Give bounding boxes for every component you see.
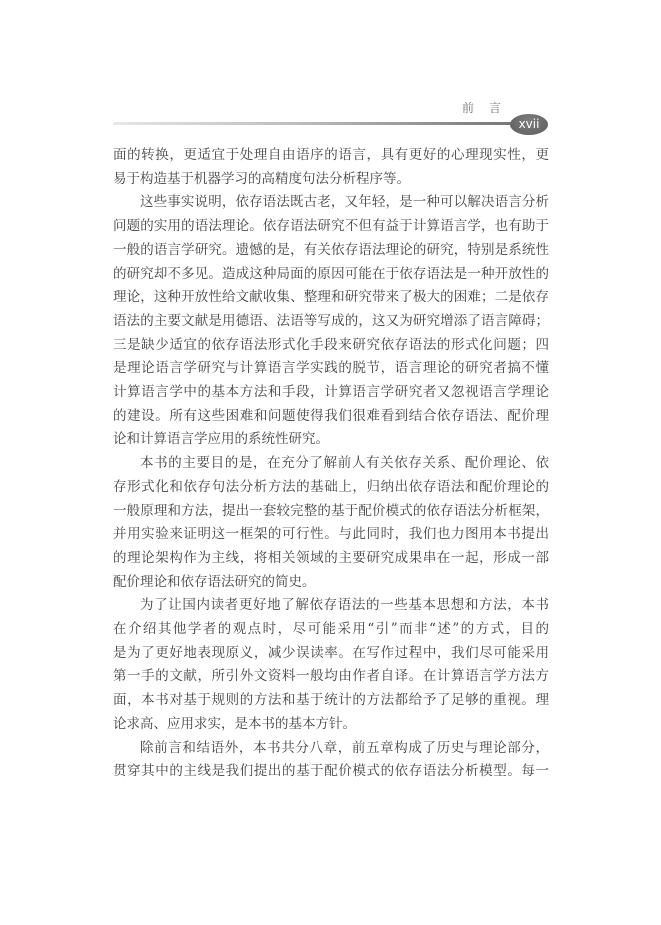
text-line: 除前言和结语外，本书共分八章，前五章构成了历史与理论部分， bbox=[113, 737, 549, 761]
text-line: 第一手的文献，所引外文资料一般均由作者自译。在计算语言学方法方 bbox=[113, 665, 549, 689]
text-line: 的理论架构作为主线，将相关领域的主要研究成果串在一起，形成一部 bbox=[113, 547, 549, 571]
text-line: 本书的主要目的是，在充分了解前人有关依存关系、配价理论、依 bbox=[113, 452, 549, 476]
text-line: 问题的实用的语法理论。依存语法研究不但有益于计算语言学，也有助于 bbox=[113, 215, 549, 239]
text-line: 论求高、应用求实，是本书的基本方针。 bbox=[113, 713, 549, 737]
book-page: 前言 xvii 面的转换，更适宜于处理自由语序的语言，具有更好的心理现实性，更易… bbox=[0, 0, 661, 925]
text-line: 面，本书对基于规则的方法和基于统计的方法都给予了足够的重视。理 bbox=[113, 689, 549, 713]
text-line: 三是缺少适宜的依存语法形式化手段来研究依存语法的形式化问题；四 bbox=[113, 334, 549, 358]
text-line: 为了让国内读者更好地了解依存语法的一些基本思想和方法，本书 bbox=[113, 594, 549, 618]
text-line: 贯穿其中的主线是我们提出的基于配价模式的依存语法分析模型。每一 bbox=[113, 760, 549, 784]
text-line: 是理论语言学研究与计算语言学实践的脱节，语言理论的研究者搞不懂 bbox=[113, 357, 549, 381]
text-line: 计算语言学中的基本方法和手段，计算语言学研究者又忽视语言学理论 bbox=[113, 381, 549, 405]
text-line: 易于构造基于机器学习的高精度句法分析程序等。 bbox=[113, 168, 549, 192]
text-line: 在介绍其他学者的观点时，尽可能采用“引”而非“述”的方式，目的 bbox=[113, 618, 549, 642]
text-line: 一般的语言学研究。遗憾的是，有关依存语法理论的研究，特别是系统性 bbox=[113, 239, 549, 263]
running-head-title: 前言 bbox=[462, 99, 516, 116]
text-line: 面的转换，更适宜于处理自由语序的语言，具有更好的心理现实性，更 bbox=[113, 144, 549, 168]
text-line: 的建设。所有这些困难和问题使得我们很难看到结合依存语法、配价理 bbox=[113, 405, 549, 429]
text-line: 的研究却不多见。造成这种局面的原因可能在于依存语法是一种开放性的 bbox=[113, 263, 549, 287]
page-number-badge: xvii bbox=[510, 114, 548, 135]
text-line: 配价理论和依存语法研究的简史。 bbox=[113, 571, 549, 595]
text-line: 存形式化和依存句法分析方法的基础上，归纳出依存语法和配价理论的 bbox=[113, 476, 549, 500]
body-text: 面的转换，更适宜于处理自由语序的语言，具有更好的心理现实性，更易于构造基于机器学… bbox=[113, 144, 549, 784]
text-line: 理论，这种开放性给文献收集、整理和研究带来了极大的困难；二是依存 bbox=[113, 286, 549, 310]
text-line: 这些事实说明，依存语法既古老，又年轻，是一种可以解决语言分析 bbox=[113, 191, 549, 215]
header-rule bbox=[113, 122, 515, 125]
text-line: 语法的主要文献是用德语、法语等写成的，这又为研究增添了语言障碍； bbox=[113, 310, 549, 334]
text-line: 论和计算语言学应用的系统性研究。 bbox=[113, 428, 549, 452]
text-line: 并用实验来证明这一框架的可行性。与此同时，我们也力图用本书提出 bbox=[113, 523, 549, 547]
text-line: 是为了更好地表现原义，减少误读率。在写作过程中，我们尽可能采用 bbox=[113, 642, 549, 666]
text-line: 一般原理和方法，提出一套较完整的基于配价模式的依存语法分析框架， bbox=[113, 500, 549, 524]
